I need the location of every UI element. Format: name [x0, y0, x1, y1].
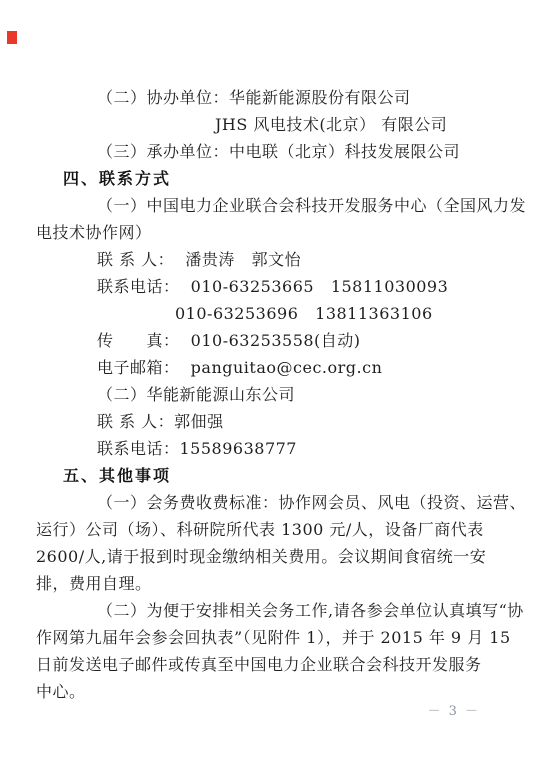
line-reply-4: 中心。 — [36, 678, 506, 705]
line-contact-org-2: （二）华能新能源山东公司 — [36, 381, 506, 408]
line-co-organizer-2: JHS 风电技术(北京） 有限公司 — [36, 111, 506, 138]
line-contact-org-1: （一）中国电力企业联合会科技开发服务中心（全国风力发 — [36, 192, 506, 219]
line-contact-phone-1: 联系电话： 010-63253665 15811030093 — [36, 273, 506, 300]
section-heading-other: 五、其他事项 — [36, 462, 506, 489]
line-reply-3: 日前发送电子邮件或传真至中国电力企业联合会科技开发服务 — [36, 651, 506, 678]
line-co-organizer: （二）协办单位：华能新能源股份有限公司 — [36, 84, 506, 111]
line-contact-phone-2: 联系电话：15589638777 — [36, 435, 506, 462]
line-fee-1: （一）会务费收费标准：协作网会员、风电（投资、运营、 — [36, 489, 506, 516]
line-email: 电子邮箱： panguitao@cec.org.cn — [36, 354, 506, 381]
line-fax: 传 真： 010-63253558(自动) — [36, 327, 506, 354]
line-undertaker: （三）承办单位：中电联（北京）科技发展限公司 — [36, 138, 506, 165]
section-heading-contact: 四、联系方式 — [36, 165, 506, 192]
document-body: （二）协办单位：华能新能源股份有限公司 JHS 风电技术(北京） 有限公司 （三… — [36, 84, 506, 705]
line-fee-4: 排，费用自理。 — [36, 570, 506, 597]
document-page: （二）协办单位：华能新能源股份有限公司 JHS 风电技术(北京） 有限公司 （三… — [0, 0, 540, 765]
page-number: － 3 － — [427, 703, 480, 721]
line-contact-person-2: 联 系 人：郭佃强 — [36, 408, 506, 435]
line-contact-org-1-cont: 电技术协作网） — [36, 219, 506, 246]
line-fee-3: 2600/人,请于报到时现金缴纳相关费用。会议期间食宿统一安 — [36, 543, 506, 570]
red-registration-mark — [7, 31, 17, 44]
line-contact-phone-1b: 010-63253696 13811363106 — [36, 300, 506, 327]
line-reply-1: （二）为便于安排相关会务工作,请各参会单位认真填写“协 — [36, 597, 506, 624]
line-fee-2: 运行）公司（场）、科研院所代表 1300 元/人，设备厂商代表 — [36, 516, 506, 543]
line-reply-2: 作网第九届年会参会回执表”（见附件 1），并于 2015 年 9 月 15 — [36, 624, 506, 651]
line-contact-person-1: 联 系 人： 潘贵涛 郭文怡 — [36, 246, 506, 273]
